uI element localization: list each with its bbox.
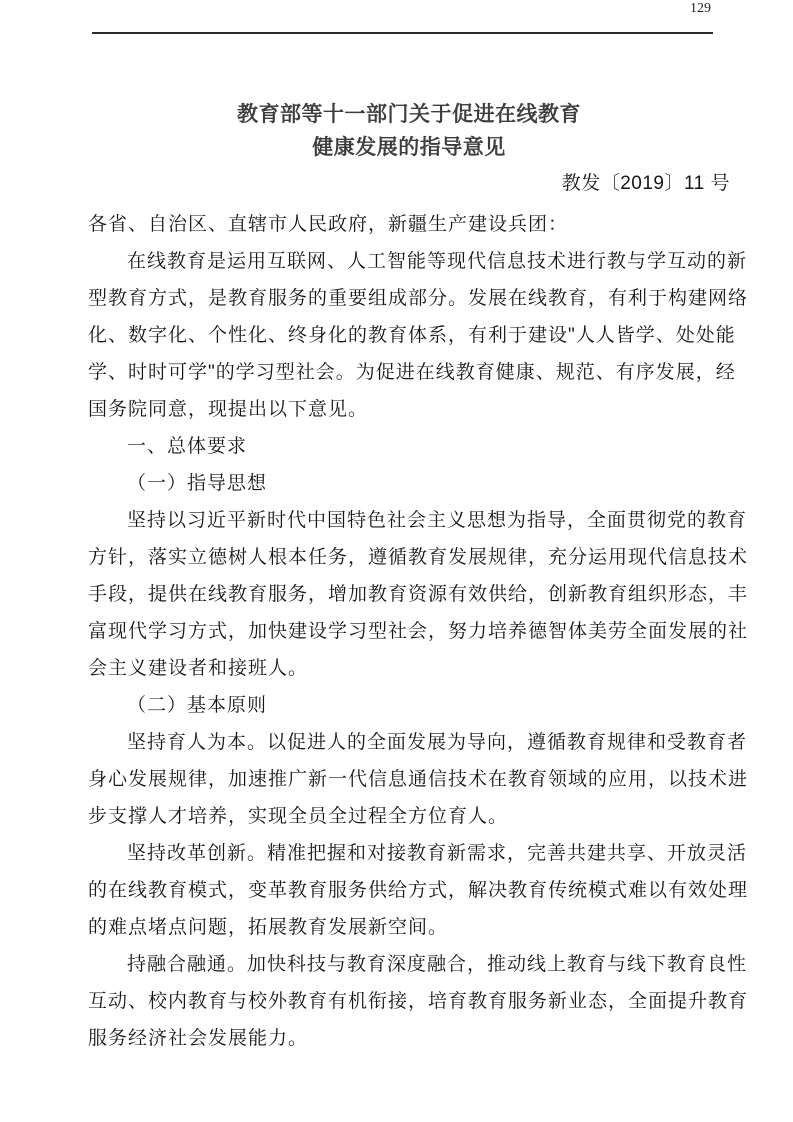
text-line: 一、总体要求 [88, 428, 730, 465]
text-line: 坚持改革创新。精准把握和对接教育新需求，完善共建共享、开放灵活 [88, 835, 730, 872]
text-line: 国务院同意，现提出以下意见。 [88, 391, 730, 428]
page-number: 129 [690, 1, 711, 17]
text-line: 在线教育是运用互联网、人工智能等现代信息技术进行教与学互动的新 [88, 243, 730, 280]
text-line: （二）基本原则 [88, 687, 730, 724]
text-line: 富现代学习方式，加快建设学习型社会，努力培养德智体美劳全面发展的社 [88, 613, 730, 650]
text-line: 方针，落实立德树人根本任务，遵循教育发展规律，充分运用现代信息技术 [88, 539, 730, 576]
text-line: 坚持育人为本。以促进人的全面发展为导向，遵循教育规律和受教育者 [88, 724, 730, 761]
text-line: 持融合融通。加快科技与教育深度融合，推动线上教育与线下教育良性 [88, 946, 730, 983]
text-line: 的在线教育模式，变革教育服务供给方式，解决教育传统模式难以有效处理 [88, 872, 730, 909]
text-line: 化、数字化、个性化、终身化的教育体系，有利于建设"人人皆学、处处能 [88, 317, 730, 354]
document-body: 各省、自治区、直辖市人民政府，新疆生产建设兵团：在线教育是运用互联网、人工智能等… [88, 206, 730, 1057]
document-page: 129 教育部等十一部门关于促进在线教育 健康发展的指导意见 教发〔2019〕1… [0, 0, 793, 1122]
document-title: 教育部等十一部门关于促进在线教育 健康发展的指导意见 [88, 98, 730, 164]
document-reference-number: 教发〔2019〕11 号 [88, 170, 730, 198]
text-line: 服务经济社会发展能力。 [88, 1020, 730, 1057]
text-line: 会主义建设者和接班人。 [88, 650, 730, 687]
text-line: 各省、自治区、直辖市人民政府，新疆生产建设兵团： [88, 206, 730, 243]
text-line: 的难点堵点问题，拓展教育发展新空间。 [88, 909, 730, 946]
header-rule [92, 32, 713, 34]
text-line: 型教育方式，是教育服务的重要组成部分。发展在线教育，有利于构建网络 [88, 280, 730, 317]
text-line: 身心发展规律，加速推广新一代信息通信技术在教育领域的应用，以技术进 [88, 761, 730, 798]
text-line: 坚持以习近平新时代中国特色社会主义思想为指导，全面贯彻党的教育 [88, 502, 730, 539]
text-line: 互动、校内教育与校外教育有机衔接，培育教育服务新业态，全面提升教育 [88, 983, 730, 1020]
text-line: 步支撑人才培养，实现全员全过程全方位育人。 [88, 798, 730, 835]
text-line: （一）指导思想 [88, 465, 730, 502]
text-line: 手段，提供在线教育服务，增加教育资源有效供给，创新教育组织形态，丰 [88, 576, 730, 613]
text-line: 学、时时可学"的学习型社会。为促进在线教育健康、规范、有序发展，经 [88, 354, 730, 391]
document-title-line-2: 健康发展的指导意见 [88, 131, 730, 164]
document-title-line-1: 教育部等十一部门关于促进在线教育 [88, 98, 730, 131]
